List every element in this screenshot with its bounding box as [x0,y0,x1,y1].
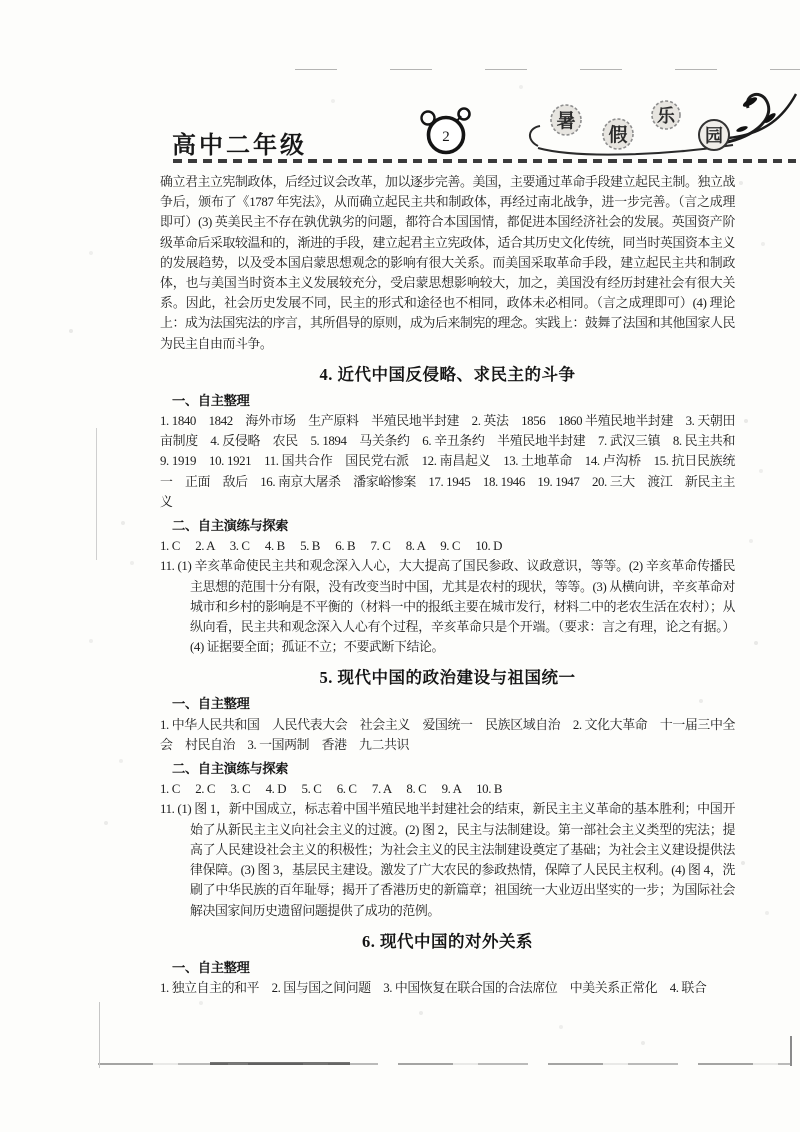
section-5-choice-answers: 1. C 2. C 3. C 4. D 5. C 6. C 7. A 8. C … [160,779,735,799]
section-6-title: 6. 现代中国的对外关系 [160,930,735,954]
intro-answer-paragraph: 确立君主立宪制政体，后经过议会改革，加以逐步完善。美国，主要通过革命手段建立起民… [160,172,735,354]
section-5-title: 5. 现代中国的政治建设与祖国统一 [160,666,735,690]
section-5-part1-label: 一、自主整理 [172,694,735,714]
scan-artifact-bottom-dark-segment [210,1062,350,1065]
section-4-part1-label: 一、自主整理 [172,391,735,411]
answer-content: 确立君主立宪制政体，后经过议会改革，加以逐步完善。美国，主要通过革命手段建立起民… [160,172,735,998]
section-5-part2-label: 二、自主演练与探索 [172,759,735,779]
masthead-char-le: 乐 [657,106,676,126]
section-4-part2-label: 二、自主演练与探索 [172,516,735,536]
scan-artifact-bottom-line [98,1063,792,1065]
section-4-q11-answer: 11. (1) 辛亥革命使民主共和观念深入人心，大大提高了国民参政、议政意识，等… [160,556,735,657]
scan-artifact-top-line [295,69,800,70]
masthead-char-yuan: 园 [705,126,723,146]
page-number: 2 [442,129,450,145]
grade-label: 高中二年级 [172,125,307,160]
scan-artifact-left-edge-upper [96,428,97,560]
masthead-art: 暑 假 乐 园 [518,88,800,166]
section-4-choice-answers: 1. C 2. A 3. C 4. B 5. B 6. B 7. C 8. A … [160,536,735,556]
page-number-clock-icon: 2 [413,102,479,160]
scan-artifact-right-edge [790,1036,792,1066]
masthead-char-shu: 暑 [556,110,575,132]
section-5-fill-in-answers: 1. 中华人民共和国 人民代表大会 社会主义 爱国统一 民族区域自治 2. 文化… [160,715,735,755]
header-divider [173,159,796,163]
section-4-title: 4. 近代中国反侵略、求民主的斗争 [160,363,735,387]
section-5-q11-answer: 11. (1) 图 1，新中国成立，标志着中国半殖民地半封建社会的结束，新民主主… [160,799,735,920]
scan-artifact-left-edge-lower [99,1002,100,1068]
scanned-page: 高中二年级 2 暑 假 乐 园 确立君主立宪制政体，后经过议会改革，加以逐步完善… [0,0,800,1132]
scan-noise-speckles [0,0,2,2]
section-4-fill-in-answers: 1. 1840 1842 海外市场 生产原料 半殖民地半封建 2. 英法 185… [160,411,735,512]
section-6-part1-label: 一、自主整理 [172,958,735,978]
section-6-fill-in-answers: 1. 独立自主的和平 2. 国与国之间问题 3. 中国恢复在联合国的合法席位 中… [160,978,735,998]
masthead-char-jia: 假 [608,123,627,146]
